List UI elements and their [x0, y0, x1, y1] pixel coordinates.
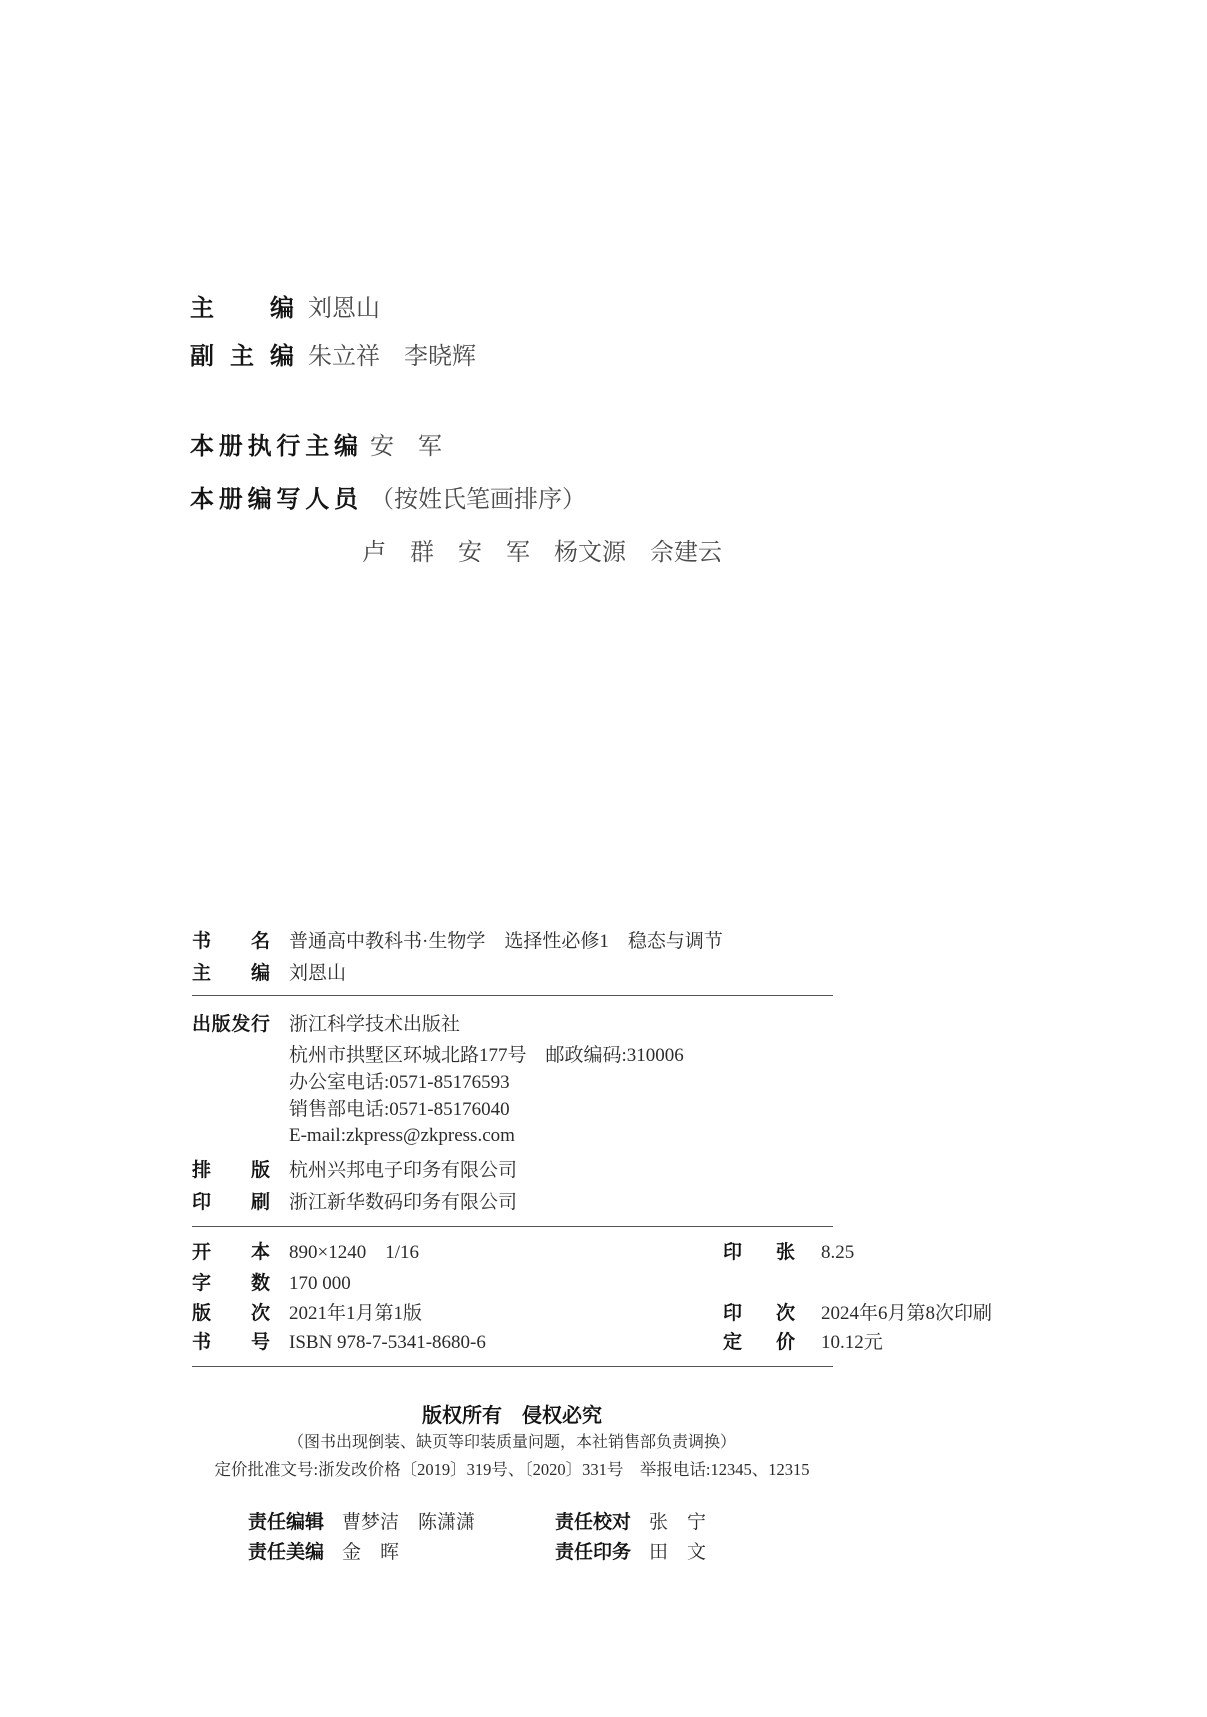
sheets-cell: 印张8.25	[723, 1241, 854, 1265]
impression-label: 印次	[723, 1302, 795, 1326]
book-editor-label: 主编	[192, 962, 270, 986]
format-label: 开本	[192, 1241, 270, 1265]
writers-row: 本册编写人员（按姓氏笔画排序）	[190, 485, 586, 515]
resp-printer-value: 田 文	[649, 1542, 706, 1563]
book-title-label: 书名	[192, 930, 270, 954]
exchange-note: （图书出现倒装、缺页等印装质量问题，本社销售部负责调换）	[152, 1429, 872, 1452]
resp-proofreader-label: 责任校对	[555, 1512, 631, 1533]
book-editor-row: 主编刘恩山	[192, 962, 346, 986]
deputy-editor-row: 副主编朱立祥 李晓辉	[190, 342, 476, 372]
impression-cell: 印次2024年6月第8次印刷	[723, 1302, 992, 1326]
book-editor-value: 刘恩山	[289, 963, 346, 984]
format-value: 890×1240 1/16	[289, 1242, 419, 1263]
sheets-value: 8.25	[821, 1242, 854, 1263]
isbn-label: 书号	[192, 1331, 270, 1355]
chief-editor-row: 主编刘恩山	[190, 294, 380, 324]
impression-value: 2024年6月第8次印刷	[821, 1303, 992, 1324]
publisher-row: 出版发行浙江科学技术出版社	[192, 1013, 460, 1037]
printing-value: 浙江新华数码印务有限公司	[289, 1192, 517, 1213]
divider-rule-2	[192, 1226, 833, 1227]
book-title-row: 书名普通高中教科书·生物学 选择性必修1 稳态与调节	[192, 930, 723, 954]
wordcount-label: 字数	[192, 1272, 270, 1296]
chief-editor-label: 主编	[190, 294, 294, 324]
sales-phone: 销售部电话:0571-85176040	[289, 1098, 510, 1122]
book-title-value: 普通高中教科书·生物学 选择性必修1 稳态与调节	[289, 931, 723, 952]
publisher-address: 杭州市拱墅区环城北路177号 邮政编码:310006	[289, 1044, 684, 1068]
copyright-notice: 版权所有 侵权必究	[152, 1399, 872, 1428]
resp-designer-label: 责任美编	[248, 1542, 324, 1563]
printing-label: 印刷	[192, 1191, 270, 1215]
publisher-value: 浙江科学技术出版社	[289, 1014, 460, 1035]
chief-editor-value: 刘恩山	[308, 296, 380, 322]
copyright-page: 主编刘恩山 副主编朱立祥 李晓辉 本册执行主编安 军 本册编写人员（按姓氏笔画排…	[0, 0, 1207, 1717]
price-approval-note: 定价批准文号:浙发改价格〔2019〕319号、〔2020〕331号 举报电话:1…	[152, 1456, 872, 1480]
wordcount-value: 170 000	[289, 1273, 351, 1294]
deputy-editor-value: 朱立祥 李晓辉	[308, 344, 476, 370]
office-phone: 办公室电话:0571-85176593	[289, 1071, 510, 1095]
edition-label: 版次	[192, 1302, 270, 1326]
exec-editor-row: 本册执行主编安 军	[190, 432, 442, 462]
credits-row-1: 责任编辑曹梦洁 陈潇潇 责任校对张 宁	[248, 1511, 848, 1535]
writers-names: 卢 群 安 军 杨文源 佘建云	[362, 538, 722, 568]
edition-row: 版次2021年1月第1版 印次2024年6月第8次印刷	[192, 1302, 833, 1326]
exec-editor-value: 安 军	[370, 434, 442, 460]
typesetting-row: 排版杭州兴邦电子印务有限公司	[192, 1159, 517, 1183]
price-label: 定价	[723, 1331, 795, 1355]
writers-label: 本册编写人员	[190, 485, 358, 515]
price-cell: 定价10.12元	[723, 1331, 883, 1355]
typesetting-label: 排版	[192, 1159, 270, 1183]
resp-editor-label: 责任编辑	[248, 1512, 324, 1533]
isbn-value: ISBN 978-7-5341-8680-6	[289, 1332, 486, 1353]
resp-proofreader-value: 张 宁	[649, 1512, 706, 1533]
price-value: 10.12元	[821, 1332, 883, 1353]
divider-rule-3	[192, 1366, 833, 1367]
resp-printer-cell: 责任印务田 文	[555, 1541, 706, 1565]
resp-proofreader-cell: 责任校对张 宁	[555, 1511, 706, 1535]
publisher-email: E-mail:zkpress@zkpress.com	[289, 1124, 515, 1148]
typesetting-value: 杭州兴邦电子印务有限公司	[289, 1160, 517, 1181]
divider-rule-1	[192, 995, 833, 996]
printing-row: 印刷浙江新华数码印务有限公司	[192, 1191, 517, 1215]
isbn-row: 书号ISBN 978-7-5341-8680-6 定价10.12元	[192, 1331, 833, 1355]
resp-editor-value: 曹梦洁 陈潇潇	[342, 1512, 475, 1533]
exec-editor-label: 本册执行主编	[190, 432, 358, 462]
format-row: 开本890×1240 1/16 印张8.25	[192, 1241, 833, 1265]
resp-printer-label: 责任印务	[555, 1542, 631, 1563]
resp-designer-value: 金 晖	[342, 1542, 399, 1563]
deputy-editor-label: 副主编	[190, 342, 294, 372]
publisher-label: 出版发行	[192, 1013, 270, 1037]
wordcount-row: 字数170 000	[192, 1272, 351, 1296]
sheets-label: 印张	[723, 1241, 795, 1265]
writers-sort-note: （按姓氏笔画排序）	[370, 487, 586, 513]
credits-row-2: 责任美编金 晖 责任印务田 文	[248, 1541, 848, 1565]
edition-value: 2021年1月第1版	[289, 1303, 422, 1324]
